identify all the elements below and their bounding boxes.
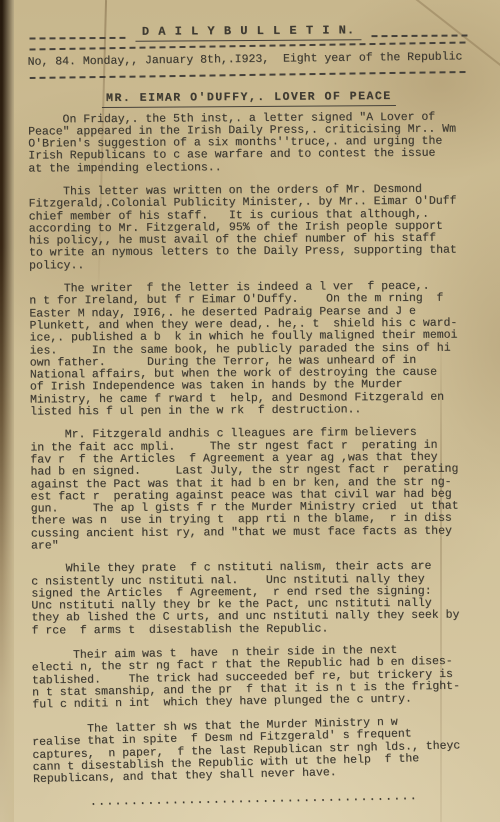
paragraph-4: Mr. Fitzgerald andhis c lleagues are fir… <box>30 427 473 553</box>
article-headline-text: MR. EIMAR O'DUFFY,. LOVER OF PEACE <box>102 89 396 107</box>
document-content: D A I L Y B U L L E T I N. No, 84. Monda… <box>0 0 500 808</box>
paragraph-2: This letter was written on the orders of… <box>28 183 471 272</box>
paragraph-1: On Friday,. the 5th inst,. a letter sign… <box>28 111 470 176</box>
dashed-rule-bottom <box>30 70 468 78</box>
dashed-rule-top <box>30 42 468 51</box>
paragraph-6: Their aim was t have n their side in the… <box>31 644 474 712</box>
issue-dateline: No, 84. Monday,, January 8th,.I923, Eigh… <box>28 51 470 69</box>
masthead-row: D A I L Y B U L L E T I N. <box>29 22 467 42</box>
paragraph-5: While they prate f c nstituti nalism, th… <box>31 561 474 638</box>
masthead-left-dashes <box>29 37 125 40</box>
article-headline: MR. EIMAR O'DUFFY,. LOVER OF PEACE <box>28 89 470 105</box>
masthead-right-dashes <box>371 34 467 37</box>
end-of-article-dots: ........................................ <box>33 788 475 810</box>
masthead-title: D A I L Y B U L L E T I N. <box>136 23 361 42</box>
paragraph-7: The latter sh ws that the Murder Ministr… <box>32 715 475 786</box>
paragraph-3: The writer f the letter is indeed a l ve… <box>29 281 472 419</box>
scanned-bulletin-page: D A I L Y B U L L E T I N. No, 84. Monda… <box>0 0 500 822</box>
